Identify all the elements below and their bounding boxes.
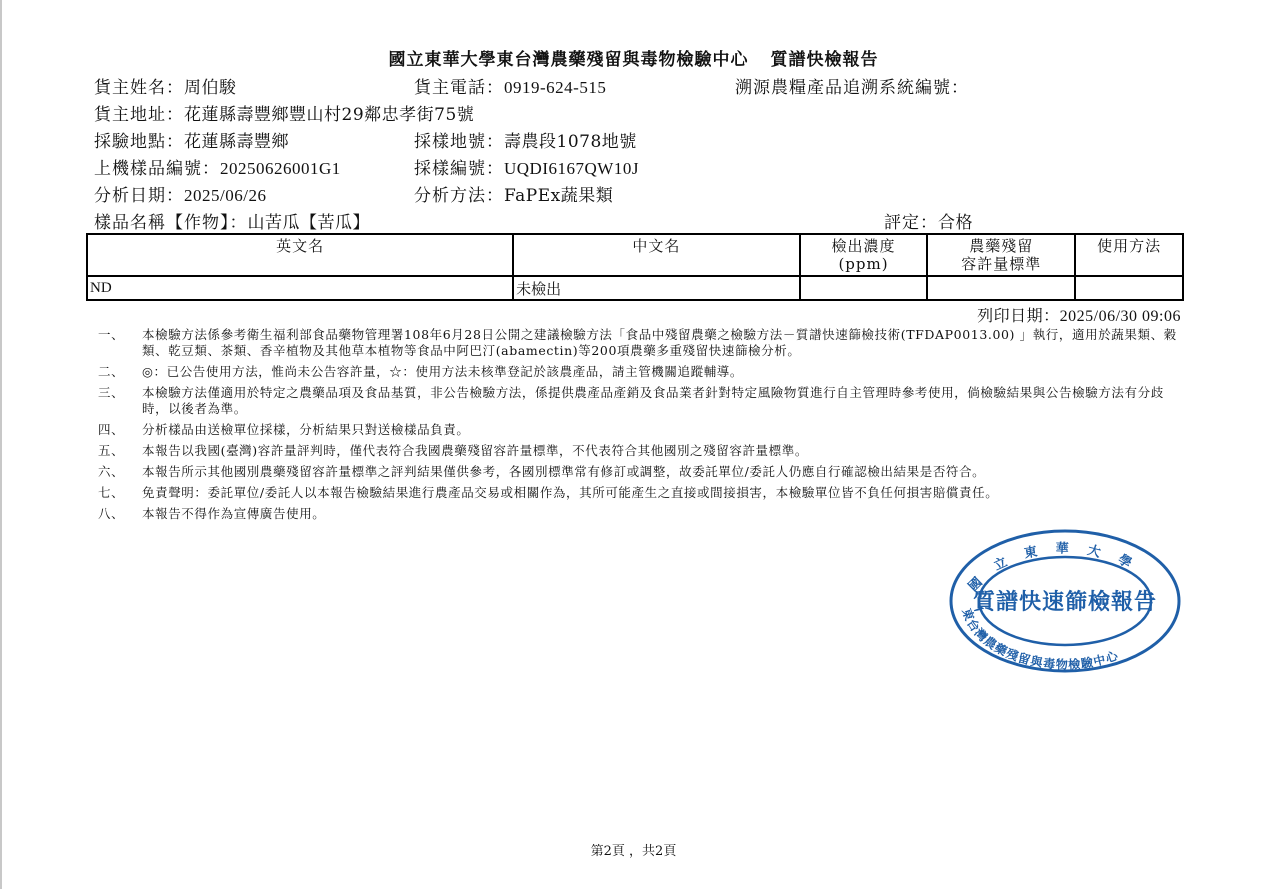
results-table: 英文名 中文名 檢出濃度(ppm) 農藥殘留容許量標準 使用方法 ND 未檢出 — [86, 233, 1184, 301]
analysis-method-label: 分析方法： — [414, 186, 504, 206]
verdict-label: 評定： — [884, 213, 938, 233]
sampling-place-field: 採驗地點：花蓮縣壽豐鄉 — [94, 127, 289, 152]
cell-english-name: ND — [87, 276, 513, 300]
title-document-type: 質譜快檢報告 — [771, 50, 879, 70]
sampling-lot-label: 採樣地號： — [414, 132, 504, 152]
analysis-method-field: 分析方法：FaPEx蔬果類 — [414, 181, 613, 206]
verdict-value: 合格 — [938, 213, 973, 233]
owner-name-label: 貨主姓名： — [94, 78, 184, 98]
header-english-name: 英文名 — [87, 234, 513, 276]
verdict-field: 評定：合格 — [884, 208, 973, 233]
print-date-label: 列印日期： — [977, 306, 1060, 325]
notes-list: 一、本檢驗方法係參考衛生福利部食品藥物管理署108年6月28日公開之建議檢驗方法… — [98, 327, 1178, 527]
sample-name-label: 樣品名稱【作物】： — [94, 213, 248, 233]
analysis-date-field: 分析日期：2025/06/26 — [94, 181, 266, 206]
table-row: ND 未檢出 — [87, 276, 1183, 300]
owner-address-field: 貨主地址：花蓮縣壽豐鄉豐山村29鄰忠孝街75號 — [94, 100, 474, 125]
trace-number-label: 溯源農糧產品追溯系統編號： — [735, 78, 969, 98]
sampling-number-field: 採樣編號：UQDI6167QW10J — [414, 154, 639, 179]
note-item: 二、◎：已公告使用方法，惟尚未公告容許量，☆：使用方法未核準登記於該農產品，請主… — [98, 364, 1178, 380]
print-date: 列印日期：2025/06/30 09:06 — [977, 303, 1181, 326]
cell-chinese-name: 未檢出 — [513, 276, 799, 300]
owner-address-label: 貨主地址： — [94, 105, 184, 125]
sampling-number-value: UQDI6167QW10J — [504, 159, 639, 178]
owner-phone-value: 0919-624-515 — [504, 78, 606, 97]
header-chinese-name: 中文名 — [513, 234, 799, 276]
trace-number-field: 溯源農糧產品追溯系統編號： — [735, 73, 969, 98]
owner-phone-field: 貨主電話：0919-624-515 — [414, 73, 606, 98]
owner-name-value: 周伯駿 — [184, 78, 237, 98]
note-item: 八、本報告不得作為宣傳廣告使用。 — [98, 506, 1178, 522]
stamp-ring-top-text: 國立東華大學 — [965, 540, 1150, 594]
owner-phone-label: 貨主電話： — [414, 78, 504, 98]
table-header-row: 英文名 中文名 檢出濃度(ppm) 農藥殘留容許量標準 使用方法 — [87, 234, 1183, 276]
sample-name-value: 山苦瓜【苦瓜】 — [248, 213, 371, 233]
machine-sample-number-label: 上機樣品編號： — [94, 159, 220, 179]
page-left-edge — [0, 0, 2, 889]
title-organization: 國立東華大學東台灣農藥殘留與毒物檢驗中心 — [389, 50, 749, 70]
note-item: 三、本檢驗方法僅適用於特定之農藥品項及食品基質，非公告檢驗方法，係提供農產品產銷… — [98, 385, 1178, 417]
sampling-number-label: 採樣編號： — [414, 159, 504, 179]
header-detected-concentration: 檢出濃度(ppm) — [800, 234, 928, 276]
note-item: 五、本報告以我國(臺灣)容許量評判時，僅代表符合我國農藥殘留容許量標準，不代表符… — [98, 443, 1178, 459]
note-item: 六、本報告所示其他國別農藥殘留容許量標準之評判結果僅供參考，各國別標準常有修訂或… — [98, 464, 1178, 480]
report-title: 國立東華大學東台灣農藥殘留與毒物檢驗中心質譜快檢報告 — [0, 45, 1267, 70]
page-indicator: 第2頁 ，共2頁 — [0, 840, 1267, 859]
header-usage-method: 使用方法 — [1075, 234, 1183, 276]
print-date-value: 2025/06/30 09:06 — [1060, 308, 1181, 325]
machine-sample-number-field: 上機樣品編號：20250626001G1 — [94, 154, 341, 179]
analysis-date-label: 分析日期： — [94, 186, 184, 206]
cell-residue-tolerance — [927, 276, 1075, 300]
owner-name-field: 貨主姓名：周伯駿 — [94, 73, 237, 98]
sampling-place-label: 採驗地點： — [94, 132, 184, 152]
analysis-date-value: 2025/06/26 — [184, 186, 266, 205]
sampling-lot-field: 採樣地號：壽農段1078地號 — [414, 127, 637, 152]
official-seal-stamp: 國立東華大學 東台灣農藥殘留與毒物檢驗中心 質譜快速篩檢報告 — [948, 528, 1182, 674]
sampling-lot-value: 壽農段1078地號 — [504, 132, 637, 152]
cell-usage-method — [1075, 276, 1183, 300]
sample-name-field: 樣品名稱【作物】：山苦瓜【苦瓜】 — [94, 208, 370, 233]
cell-detected-concentration — [800, 276, 928, 300]
note-item: 七、免責聲明：委託單位/委託人以本報告檢驗結果進行農產品交易或相關作為，其所可能… — [98, 485, 1178, 501]
machine-sample-number-value: 20250626001G1 — [220, 159, 341, 178]
sampling-place-value: 花蓮縣壽豐鄉 — [184, 132, 289, 152]
owner-address-value: 花蓮縣壽豐鄉豐山村29鄰忠孝街75號 — [184, 105, 474, 125]
analysis-method-value: FaPEx蔬果類 — [504, 186, 613, 206]
stamp-center-text: 質譜快速篩檢報告 — [973, 589, 1157, 615]
header-residue-tolerance: 農藥殘留容許量標準 — [927, 234, 1075, 276]
note-item: 四、分析樣品由送檢單位採樣，分析結果只對送檢樣品負責。 — [98, 422, 1178, 438]
note-item: 一、本檢驗方法係參考衛生福利部食品藥物管理署108年6月28日公開之建議檢驗方法… — [98, 327, 1178, 359]
